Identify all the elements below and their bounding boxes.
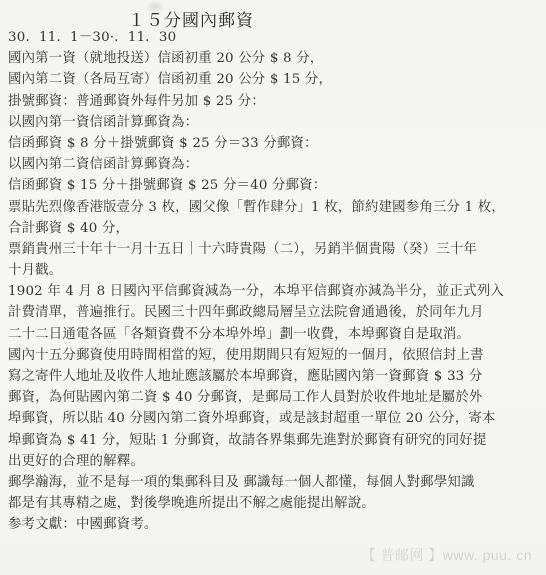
text-line: 30．11．1－30·．11．30: [8, 27, 540, 48]
text-line: 國內第二資（各局互寄）信函初重 20 公分 $ 15 分，: [8, 69, 540, 90]
text-line: 計費清單，普遍推行。民國三十四年郵政總局層呈立法院會通過後，於同年九月: [8, 302, 540, 323]
text-line: 都是有其專精之處，對後學晚進所提出不解之處能提出解說。: [8, 493, 540, 514]
text-line: 埠郵資，所以貼 40 分國內第二資外埠郵資，或是該封超重一單位 20 公分，寄本: [8, 408, 540, 429]
text-line: 埠郵資為 $ 41 分，短貼 1 分郵資，故請各界集郵先進對於郵資有研究的同好提: [8, 430, 540, 451]
text-line: 信函郵資 $ 8 分＋掛號郵資 $ 25 分＝33 分郵資：: [8, 133, 540, 154]
text-line: 寫之寄件人地址及收件人地址應該屬於本埠郵資，應貼國內第一資郵資 $ 33 分: [8, 366, 540, 387]
text-line: 出更好的合理的解釋。: [8, 451, 540, 472]
text-line: 合計郵資 $ 40 分，: [8, 218, 540, 239]
text-line: 票貼先烈像香港版壹分 3 枚，國父像「暫作肆分」1 枚，節約建國参角三分 1 枚…: [8, 197, 540, 218]
text-line: 1902 年 4 月 8 日國內平信郵資減為一分，本埠平信郵資亦減為半分，並正式…: [8, 281, 540, 302]
site-watermark: 【 普邮网 】www. puu. cn: [361, 545, 532, 565]
document-body: 30．11．1－30·．11．30 國內第一資（就地投送）信函初重 20 公分 …: [8, 27, 540, 536]
text-line: 信函郵資 $ 15 分＋掛號郵資 $ 25 分＝40 分郵資：: [8, 175, 540, 196]
text-line: 郵學瀚海，並不是每一項的集郵科目及 郵識每一個人都懂，每個人對郵學知識: [8, 472, 540, 493]
text-line: 郵資，為何貼國內第二資 $ 40 分郵資，是郵局工作人員對於收件地址是屬於外: [8, 387, 540, 408]
scanned-page: １５分國內郵資 30．11．1－30·．11．30 國內第一資（就地投送）信函初…: [0, 0, 546, 575]
text-line: 國內第一資（就地投送）信函初重 20 公分 $ 8 分，: [8, 48, 540, 69]
text-line: 掛號郵資：普通郵資外每件另加 $ 25 分：: [8, 91, 540, 112]
text-line: 以國內第一資信函計算郵資為：: [8, 112, 540, 133]
text-line: 二十二日通電各區「各類資費不分本埠外埠」劃一收費，本埠郵資自是取消。: [8, 324, 540, 345]
text-line: 参考文獻：中國郵資考。: [8, 514, 540, 535]
text-line: 以國內第二資信函計算郵資為：: [8, 154, 540, 175]
text-line: 票銷貴州三十年十一月十五日｜十六時貴陽（二），另銷半個貴陽（癸）三十年: [8, 239, 540, 260]
text-line: 十月戳。: [8, 260, 540, 281]
text-line: 國內十五分郵資使用時間相當的短，使用期間只有短短的一個月，依照信封上書: [8, 345, 540, 366]
